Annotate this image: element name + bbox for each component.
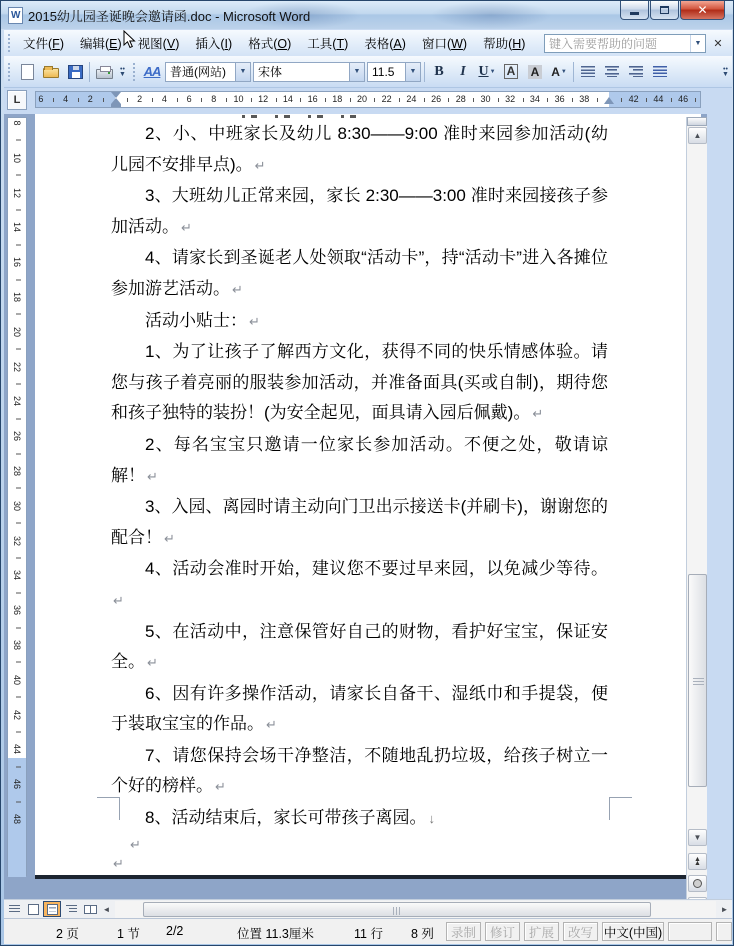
align-justify-icon [581,66,595,77]
ruler-tick [16,279,21,280]
ruler-tick [53,98,54,102]
paragraph-mark: ↵ [249,314,260,329]
menu-item-5[interactable]: 工具(T) [299,31,356,55]
underline-button[interactable]: U▼ [475,60,499,84]
chevron-down-icon[interactable]: ▼ [349,63,364,81]
paragraph-mark: ↵ [532,406,543,421]
align-center-button[interactable] [600,60,624,84]
status-mode-record[interactable]: 录制 [446,922,481,941]
page-background: 2、小、中班家长及幼儿 8:30——9:00 准时来园参加活动(幼儿园不安排早点… [32,114,707,899]
window-title: 2015幼儿园圣诞晚会邀请函.doc - Microsoft Word [28,6,310,25]
ruler-number: 8 [12,120,22,125]
character-border-icon: A [504,64,519,79]
ruler-number: 14 [283,94,293,104]
style-value: 普通(网站) [166,63,235,80]
minimize-button[interactable] [620,1,649,20]
down-arrow-icon: ▼ [694,833,702,842]
character-shading-icon: A [528,65,543,79]
ruler-number: 16 [308,94,318,104]
document-page[interactable]: 2、小、中班家长及幼儿 8:30——9:00 准时来园参加活动(幼儿园不安排早点… [35,114,701,879]
ruler-number: 24 [406,94,416,104]
status-mode-overtype[interactable]: 改写 [563,922,598,941]
styles-aa-icon: AA [144,64,161,79]
print-button[interactable] [92,60,116,84]
ruler-number: 18 [332,94,342,104]
ruler-number: 24 [12,396,22,406]
ruler-number: 36 [12,605,22,615]
ruler-tick [547,98,548,102]
ruler-tick [16,349,21,350]
italic-button[interactable]: I [451,60,475,84]
outline-view-button[interactable] [62,901,80,917]
menu-item-6[interactable]: 表格(A) [356,31,414,55]
paragraph-mark: ↵ [113,856,124,871]
paragraph-text: 2、小、中班家长及幼儿 8:30——9:00 准时来园参加活动(幼儿园不安排早点… [111,124,608,174]
ruler-tick [523,98,524,102]
ruler-number: 22 [12,362,22,372]
paragraph-mark: ↵ [255,158,266,173]
paragraph-text: 7、请您保持会场干净整洁，不随地乱扔垃圾，给孩子树立一个好的榜样。 [111,746,608,796]
ruler-number: 22 [382,94,392,104]
align-right-icon [629,66,643,77]
ruler-number: 28 [456,94,466,104]
ruler-number: 36 [555,94,565,104]
print-icon [96,69,113,79]
status-position: 位置 11.3厘米 [237,924,314,942]
status-page-of-pages: 2/2 [166,924,183,938]
ruler-tick [695,98,696,102]
left-arrow-icon: ◄ [103,905,111,914]
new-document-button[interactable] [15,60,39,84]
character-border-button[interactable]: A [499,60,523,84]
horizontal-scroll-thumb[interactable] [143,902,651,917]
paragraph-mark: ↵ [232,282,243,297]
formatting-toolbar-options-button[interactable]: ••▼ [719,59,732,85]
paragraph-10[interactable]: 7、请您保持会场干净整洁，不随地乱扔垃圾，给孩子树立一个好的榜样。↵ [111,741,608,803]
outline-view-icon [66,905,77,914]
character-scaling-button[interactable]: A▼ [547,60,571,84]
font-value: 宋体 [254,63,349,80]
paragraph-4[interactable]: 1、为了让孩子了解西方文化，获得不同的快乐情感体验。请您与孩子着亮丽的服装参加活… [111,337,608,430]
browse-object-icon [693,879,702,888]
menu-item-3[interactable]: 插入(I) [187,31,240,55]
ruler-tick [276,98,277,102]
ruler-tick [16,732,21,733]
status-language[interactable]: 中文(中国) [602,922,664,941]
ruler-tick [597,98,598,102]
ruler-tick [103,98,104,102]
ruler-tick [572,98,573,102]
ruler-tick [399,98,400,102]
ruler-number: 34 [530,94,540,104]
ruler-tick [16,140,21,141]
ruler-number: 48 [12,814,22,824]
status-mode-extend[interactable]: 扩展 [524,922,559,941]
ruler-number: 46 [12,779,22,789]
paragraph-9[interactable]: 6、因有许多操作活动，请家长自备干、湿纸巾和手提袋，便于装取宝宝的作品。↵ [111,679,608,741]
menu-item-8[interactable]: 帮助(H) [475,31,533,55]
ruler-number: 10 [12,153,22,163]
ruler-number: 26 [12,431,22,441]
margin-corner-mark-left [97,797,120,820]
horizontal-ruler: 6422468101214161820222426283032343638424… [35,91,701,108]
ruler-number: 16 [12,257,22,267]
chevron-down-icon: ▼ [561,69,567,75]
menu-item-1[interactable]: 编辑(E) [72,31,130,55]
font-size-combobox[interactable]: 11.5 ▼ [367,62,421,82]
styles-and-formatting-button[interactable]: AA [140,60,164,84]
margin-corner-mark-right [609,797,632,820]
ruler-number: 6 [187,94,192,104]
vertical-scrollbar[interactable]: ▲ ▼ ▲▲ ▼▼ [686,117,707,927]
ruler-tick [16,662,21,663]
paragraph-mark: ↵ [215,779,226,794]
select-browse-object-button[interactable] [688,875,707,892]
ruler-number: 42 [629,94,639,104]
chevron-down-icon: ▼ [490,69,496,75]
help-question-box[interactable]: 键入需要帮助的问题 ▼ [544,34,706,53]
scroll-up-button[interactable]: ▲ [688,127,707,144]
ruler-tick [16,697,21,698]
ruler-number: 46 [678,94,688,104]
left-indent-marker[interactable] [111,104,121,107]
ruler-number: 34 [12,570,22,580]
paragraph-text: 6、因有许多操作活动，请家长自备干、湿纸巾和手提袋，便于装取宝宝的作品。 [111,684,608,734]
ruler-tick [325,98,326,102]
ruler-tick [448,98,449,102]
paragraph-mark: ↵ [113,593,124,608]
tab-selector[interactable]: L [7,90,27,110]
menu-items: 文件(F)编辑(E)视图(V)插入(I)格式(O)工具(T)表格(A)窗口(W)… [15,31,533,55]
ruler-number: 30 [12,501,22,511]
horizontal-scroll-row: ◄ ► [4,899,732,918]
ruler-number: 12 [12,188,22,198]
toolbar-separator [424,62,425,82]
ruler-tick [16,523,21,524]
font-size-value: 11.5 [368,65,405,79]
ruler-number: 4 [63,94,68,104]
ruler-tick [498,98,499,102]
paragraph-3[interactable]: 活动小贴士：↵ [111,306,608,338]
align-right-button[interactable] [624,60,648,84]
horizontal-scroll-track[interactable] [115,901,716,918]
underline-icon: U [478,64,488,80]
paragraph-mark: ↵ [130,837,141,852]
previous-page-button[interactable]: ▲▲ [688,853,707,870]
clipped-line-fragment [242,115,364,118]
ruler-tick [16,418,21,419]
scroll-left-button[interactable]: ◄ [99,901,114,917]
ruler-number: 38 [12,640,22,650]
ruler-tick [16,210,21,211]
thumb-grip [393,907,400,915]
vertical-ruler: 8101214161820222426283032343638404244464… [7,117,27,876]
ruler-tick [201,98,202,102]
menu-item-0[interactable]: 文件(F) [15,31,72,55]
chevron-down-icon[interactable]: ▼ [405,63,420,81]
split-handle[interactable] [687,117,707,126]
help-question-placeholder: 键入需要帮助的问题 [545,35,690,52]
ruler-number: 20 [12,327,22,337]
paragraph-mark: ↵ [147,655,158,670]
ruler-number: 12 [258,94,268,104]
ruler-number: 2 [88,94,93,104]
ruler-tick [177,98,178,102]
ruler-tick [300,98,301,102]
menubar-drag-handle[interactable] [7,34,11,52]
paragraph-text: 4、活动会准时开始，建议您不要过早来园，以免减少等待。 [145,559,608,578]
word-window: 2015幼儿园圣诞晚会邀请函.doc - Microsoft Word ✕ 文件… [0,0,734,946]
toolbar-separator [89,62,90,82]
chevron-down-icon: ▼ [119,72,126,77]
paragraph-mark: ↵ [164,531,175,546]
print-layout-icon [47,904,58,915]
new-document-icon [21,64,34,80]
ruler-tick [16,592,21,593]
paragraph-text: 4、请家长到圣诞老人处领取“活动卡”，持“活动卡”进入各摊位参加游艺活动。 [111,248,608,298]
minimize-icon [630,12,639,15]
ruler-number: 20 [357,94,367,104]
right-indent-marker[interactable] [604,97,614,104]
glass-reflection [431,1,551,29]
document-area: 8101214161820222426283032343638404244464… [4,114,707,899]
caption-buttons: ✕ [619,1,725,20]
paragraph-text: 活动小贴士： [145,311,247,330]
chevron-down-icon[interactable]: ▼ [690,35,705,52]
ruler-tick [621,98,622,102]
paragraph-text: 2、每名宝宝只邀请一位家长参加活动。不便之处，敬请谅解！ [111,435,608,485]
status-empty-cell [716,922,732,941]
paragraph-text: 3、入园、离园时请主动向门卫出示接送卡(并刷卡)，谢谢您的配合！ [111,497,608,547]
ruler-number: 32 [505,94,515,104]
status-mode-track-changes[interactable]: 修订 [485,922,520,941]
ruler-number: 14 [12,222,22,232]
ruler-tick [473,98,474,102]
paragraph-mark: ↵ [181,220,192,235]
normal-view-button[interactable] [5,901,23,917]
ruler-tick [16,488,21,489]
paragraph-2[interactable]: 4、请家长到圣诞老人处领取“活动卡”，持“活动卡”进入各摊位参加游艺活动。↵ [111,243,608,305]
ruler-number: 44 [12,744,22,754]
close-icon: ✕ [697,4,707,16]
paragraph-7[interactable]: 4、活动会准时开始，建议您不要过早来园，以免减少等待。↵ [111,554,608,616]
title-bar[interactable]: 2015幼儿园圣诞晚会邀请函.doc - Microsoft Word ✕ [1,1,733,29]
menubar-close-icon[interactable]: ✕ [710,37,726,50]
bold-icon: B [434,64,443,80]
scroll-right-button[interactable]: ► [717,901,732,917]
ruler-tick [16,766,21,767]
save-button[interactable] [63,60,87,84]
ruler-tick [16,801,21,802]
bold-button[interactable]: B [427,60,451,84]
ruler-tick [16,453,21,454]
ruler-number: 2 [137,94,142,104]
ruler-tick [152,98,153,102]
paragraph-13[interactable]: ↵ [111,854,608,873]
ruler-tick [16,627,21,628]
italic-icon: I [460,64,465,80]
maximize-button[interactable] [650,1,679,20]
toolbar: ••▼ AA 普通(网站) ▼ 宋体 ▼ 11.5 ▼ B I U▼ A A A… [4,56,732,88]
ruler-tick [374,98,375,102]
scroll-down-button[interactable]: ▼ [688,829,707,846]
ruler-number: 6 [38,94,43,104]
distribute-text-button[interactable] [648,60,672,84]
style-combobox[interactable]: 普通(网站) ▼ [165,62,251,82]
status-empty-cell [668,922,712,941]
menu-item-2[interactable]: 视图(V) [130,31,188,55]
status-column: 8 列 [411,924,434,942]
open-folder-icon [43,68,59,78]
ruler-tick [251,98,252,102]
ruler-row: L 64224681012141618202224262830323436384… [4,89,707,114]
reading-layout-icon [84,905,97,914]
paragraph-0[interactable]: 2、小、中班家长及幼儿 8:30——9:00 准时来园参加活动(幼儿园不安排早点… [111,119,608,181]
ruler-tick [350,98,351,102]
ruler-tick [226,98,227,102]
ruler-number: 4 [162,94,167,104]
menu-item-4[interactable]: 格式(O) [240,31,299,55]
ruler-number: 42 [12,710,22,720]
menu-bar: 文件(F)编辑(E)视图(V)插入(I)格式(O)工具(T)表格(A)窗口(W)… [4,30,732,56]
toolbar-separator [573,62,574,82]
ruler-tick [16,244,21,245]
status-page-number: 2 页 [56,924,79,942]
standard-toolbar-drag-handle[interactable] [7,63,11,81]
paragraph-12[interactable]: ↵ [111,835,608,854]
vertical-scroll-thumb[interactable] [688,574,707,787]
double-up-icon: ▲▲ [694,858,701,866]
paragraph-8[interactable]: 5、在活动中，注意保管好自己的财物，看护好宝宝，保证安全。↵ [111,617,608,679]
web-layout-icon [28,904,39,915]
paragraph-text: 5、在活动中，注意保管好自己的财物，看护好宝宝，保证安全。 [111,622,608,672]
ruler-number: 38 [579,94,589,104]
paragraph-6[interactable]: 3、入园、离园时请主动向门卫出示接送卡(并刷卡)，谢谢您的配合！↵ [111,492,608,554]
paragraph-mark: ↵ [266,717,277,732]
status-bar: 2 页 1 节 2/2 位置 11.3厘米 11 行 8 列 录制 修订 扩展 … [4,918,732,944]
chevron-down-icon: ▼ [722,72,729,77]
menu-item-7[interactable]: 窗口(W) [414,31,475,55]
ruler-tick [671,98,672,102]
client-area: 文件(F)编辑(E)视图(V)插入(I)格式(O)工具(T)表格(A)窗口(W)… [4,29,732,944]
open-button[interactable] [39,60,63,84]
status-line: 11 行 [354,924,383,942]
ruler-number: 44 [653,94,663,104]
formatting-toolbar-drag-handle[interactable] [132,63,136,81]
ruler-tick [16,384,21,385]
web-layout-view-button[interactable] [24,901,42,917]
status-section: 1 节 [117,924,140,942]
save-floppy-icon [68,65,83,79]
paragraph-5[interactable]: 2、每名宝宝只邀请一位家长参加活动。不便之处，敬请谅解！↵ [111,430,608,492]
ruler-tick [424,98,425,102]
mouse-cursor [123,30,136,55]
thumb-grip [693,678,704,685]
ruler-tick [78,98,79,102]
paragraph-11[interactable]: 8、活动结束后，家长可带孩子离园。↓ [111,803,608,835]
character-shading-button[interactable]: A [523,60,547,84]
reading-layout-view-button[interactable] [81,901,99,917]
document-text[interactable]: 2、小、中班家长及幼儿 8:30——9:00 准时来园参加活动(幼儿园不安排早点… [35,114,701,873]
ruler-tick [646,98,647,102]
up-arrow-icon: ▲ [694,131,702,140]
word-document-icon[interactable] [8,7,23,24]
ruler-tick [16,175,21,176]
align-center-icon [605,66,619,77]
ruler-number: 18 [12,292,22,302]
font-combobox[interactable]: 宋体 ▼ [253,62,365,82]
close-button[interactable]: ✕ [680,1,725,20]
print-layout-view-button[interactable] [43,901,61,917]
ruler-number: 26 [431,94,441,104]
ruler-number: 30 [480,94,490,104]
right-arrow-icon: ► [721,905,729,914]
paragraph-mark: ↵ [147,469,158,484]
ruler-tick [16,314,21,315]
paragraph-text: 8、活动结束后，家长可带孩子离园。 [145,808,426,827]
ruler-tick [127,98,128,102]
standard-toolbar-options-button[interactable]: ••▼ [116,59,129,85]
distribute-text-icon [653,66,667,77]
ruler-number: 8 [211,94,216,104]
character-scaling-icon: A [551,65,560,79]
paragraph-1[interactable]: 3、大班幼儿正常来园，家长 2:30——3:00 准时来园接孩子参加活动。↵ [111,181,608,243]
ruler-tick [16,558,21,559]
line-break-mark: ↓ [428,811,435,826]
align-justify-button[interactable] [576,60,600,84]
ruler-number: 40 [12,675,22,685]
ruler-number: 32 [12,536,22,546]
chevron-down-icon[interactable]: ▼ [235,63,250,81]
ruler-number: 28 [12,466,22,476]
maximize-icon [660,6,669,14]
normal-view-icon [9,905,20,914]
ruler-number: 10 [233,94,243,104]
